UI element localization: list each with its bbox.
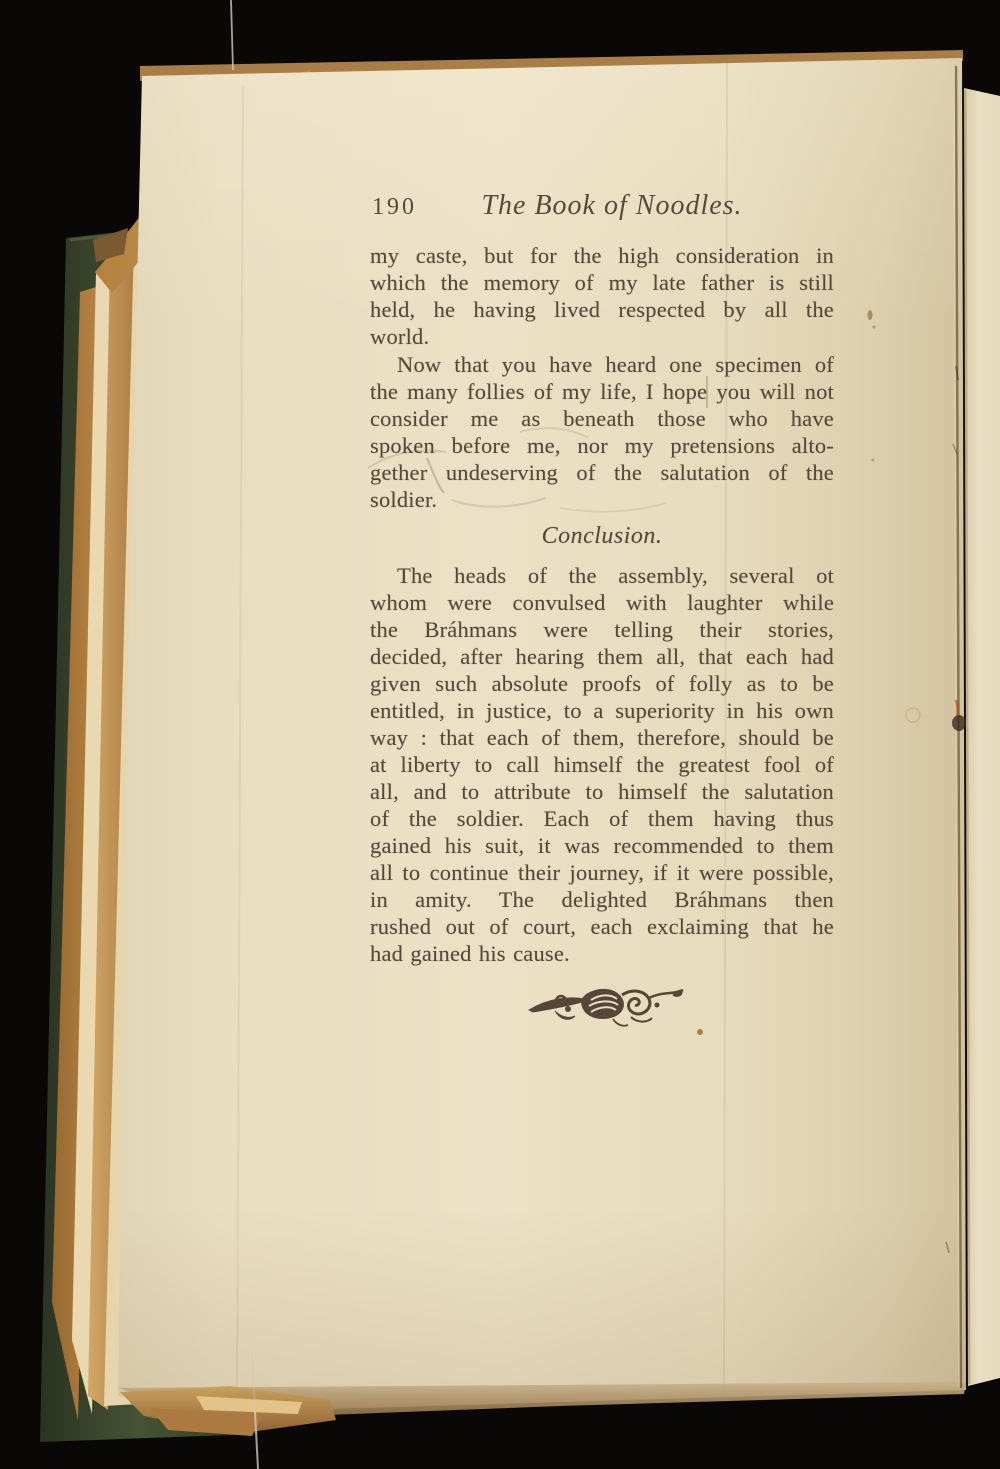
text-line: the Bráhmans were telling their stories,: [370, 616, 834, 643]
ornament-dot: [565, 1006, 571, 1012]
section-heading: Conclusion.: [370, 523, 834, 550]
text-line: all, and to attribute to himself the sal…: [370, 778, 834, 805]
text-line: soldier.: [370, 486, 834, 513]
ornament-spiral: [622, 991, 650, 1014]
text-line: consider me as beneath those who have: [370, 405, 834, 432]
text-line: at liberty to call himself the greatest …: [370, 751, 834, 778]
ornament-under-curl: [631, 1017, 652, 1022]
text-line: in amity. The delighted Bráhmans then: [370, 886, 834, 913]
running-title: The Book of Noodles.: [430, 190, 794, 222]
text-line: of the soldier. Each of them having thus: [370, 805, 834, 832]
ornament-under-leaf: [555, 1011, 575, 1019]
paragraph: Now that you have heard one specimen oft…: [370, 351, 834, 513]
text-line: the many follies of my life, I hope you …: [370, 378, 834, 405]
text-line: gained his suit, it was recommended to t…: [370, 832, 834, 859]
text-line: Now that you have heard one specimen of: [370, 351, 834, 378]
text-line: rushed out of court, each exclaiming tha…: [370, 913, 834, 940]
text-line: The heads of the assembly, several ot: [370, 562, 834, 589]
ornament-under-curl: [613, 1019, 628, 1026]
engraved-tailpiece-flourish-icon: [524, 981, 686, 1035]
paragraph: my caste, but for the high consideration…: [370, 242, 834, 350]
text-line: decided, after hearing them all, that ea…: [370, 643, 834, 670]
printed-page-content: 190 The Book of Noodles. my caste, but f…: [0, 0, 1000, 1469]
text-line: held, he having lived respected by all t…: [370, 296, 834, 323]
text-line: world.: [370, 323, 834, 350]
text-line: my caste, but for the high consideration…: [370, 242, 834, 269]
text-line: whom were convulsed with laughter while: [370, 589, 834, 616]
ornament-tail-leaf: [673, 990, 682, 996]
page-number: 190: [372, 194, 417, 221]
running-header: 190 The Book of Noodles.: [370, 193, 834, 225]
text-line: had gained his cause.: [370, 940, 834, 967]
text-line: all to continue their journey, if it wer…: [370, 859, 834, 886]
paragraph: The heads of the assembly, several otwho…: [370, 562, 834, 967]
text-line: entitled, in justice, to a superiority i…: [370, 697, 834, 724]
text-line: way : that each of them, therefore, shou…: [370, 724, 834, 751]
text-line: which the memory of my late father is st…: [370, 269, 834, 296]
text-line: given such absolute proofs of folly as t…: [370, 670, 834, 697]
text-line: spoken before me, nor my pretensions alt…: [370, 432, 834, 459]
ornament-dot: [655, 1003, 660, 1008]
book-scan-photo: 190 The Book of Noodles. my caste, but f…: [0, 0, 1000, 1469]
text-line: gether undeserving of the salutation of …: [370, 459, 834, 486]
